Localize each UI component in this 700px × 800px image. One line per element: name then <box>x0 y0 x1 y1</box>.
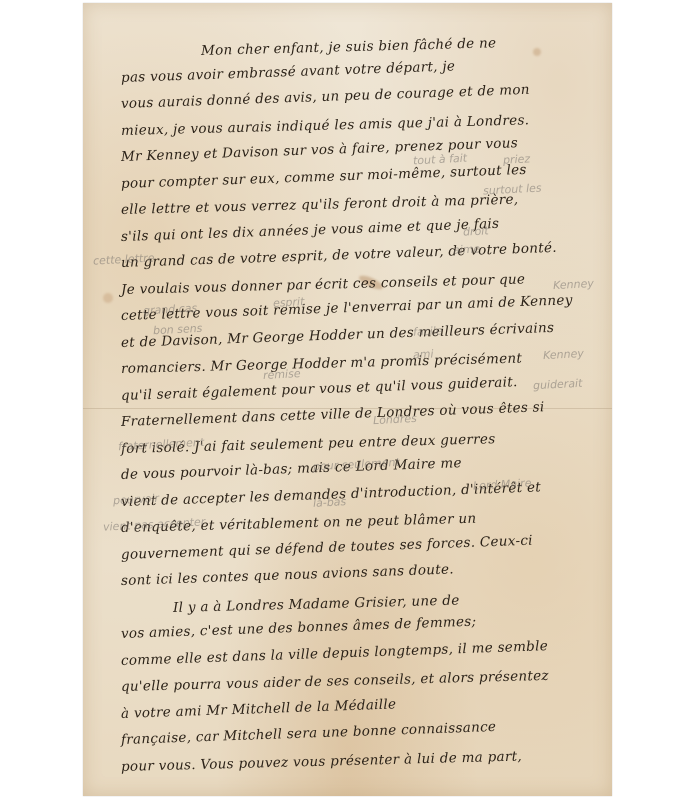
pencil-annotation: aime <box>453 242 481 256</box>
letter-line: mieux, je vous aurais indiqué les amis q… <box>121 112 530 139</box>
pencil-annotation: facile <box>413 324 443 339</box>
letter-body: Mon cher enfant, je suis bien fâché de n… <box>83 3 612 796</box>
letter-line: à votre ami Mr Mitchell de la Médaille <box>121 696 397 722</box>
letter-line: comme elle est dans la ville depuis long… <box>121 638 549 669</box>
letter-line: gouvernement qui se défend de toutes ses… <box>121 532 533 562</box>
letter-line: Il y a à Londres Madame Grisier, une de <box>173 592 460 615</box>
letter-line: elle lettre et vous verrez qu'ils feront… <box>121 192 519 218</box>
pencil-annotation: Londres <box>373 412 417 427</box>
letter-line: de vous pourvoir là-bas; mais ce Lord Ma… <box>121 455 462 483</box>
pencil-annotation: bon sens <box>153 322 203 338</box>
pencil-annotation: esprit <box>273 295 305 310</box>
letter-line: vous aurais donné des avis, un peu de co… <box>121 82 530 112</box>
letter-line: Mon cher enfant, je suis bien fâché de n… <box>201 35 497 59</box>
pencil-annotation: Kenney <box>543 347 584 362</box>
pencil-annotation: surtout les <box>483 181 542 197</box>
page-canvas: Mon cher enfant, je suis bien fâché de n… <box>0 0 700 800</box>
letter-line: s'ils qui ont les dix années je vous aim… <box>121 215 500 244</box>
letter-sheet: Mon cher enfant, je suis bien fâché de n… <box>83 3 612 796</box>
pencil-annotation: ami <box>413 347 434 361</box>
letter-line: pour compter sur eux, comme sur moi-même… <box>121 161 527 191</box>
letter-line: sont ici les contes que nous avions sans… <box>121 561 454 589</box>
pencil-annotation: droit <box>463 224 489 238</box>
letter-line: qu'il serait également pour vous et qu'i… <box>121 374 518 404</box>
letter-line: romanciers. Mr George Hodder m'a promis … <box>121 350 523 376</box>
letter-line: qu'elle pourra vous aider de ses conseil… <box>121 668 549 695</box>
pencil-annotation: Kenney <box>553 277 594 292</box>
letter-line: Fraternellement dans cette ville de Lond… <box>121 399 545 430</box>
letter-line: pas vous avoir embrassé avant votre dépa… <box>121 58 456 86</box>
letter-line: française, car Mitchell sera une bonne c… <box>121 719 497 748</box>
pencil-annotation: guiderait <box>533 377 583 393</box>
pencil-annotation: remise <box>263 367 301 382</box>
letter-line: Je voulais vous donner par écrit ces con… <box>121 271 526 298</box>
letter-line: pour vous. Vous pouvez vous présenter à … <box>121 748 522 774</box>
pencil-annotation: pourvoir <box>113 492 160 507</box>
pencil-annotation: priez <box>503 152 531 166</box>
letter-line: un grand cas de votre esprit, de votre v… <box>121 240 557 271</box>
letter-line: vos amies, c'est une des bonnes âmes de … <box>121 614 477 642</box>
pencil-annotation: là-bas <box>313 495 347 510</box>
